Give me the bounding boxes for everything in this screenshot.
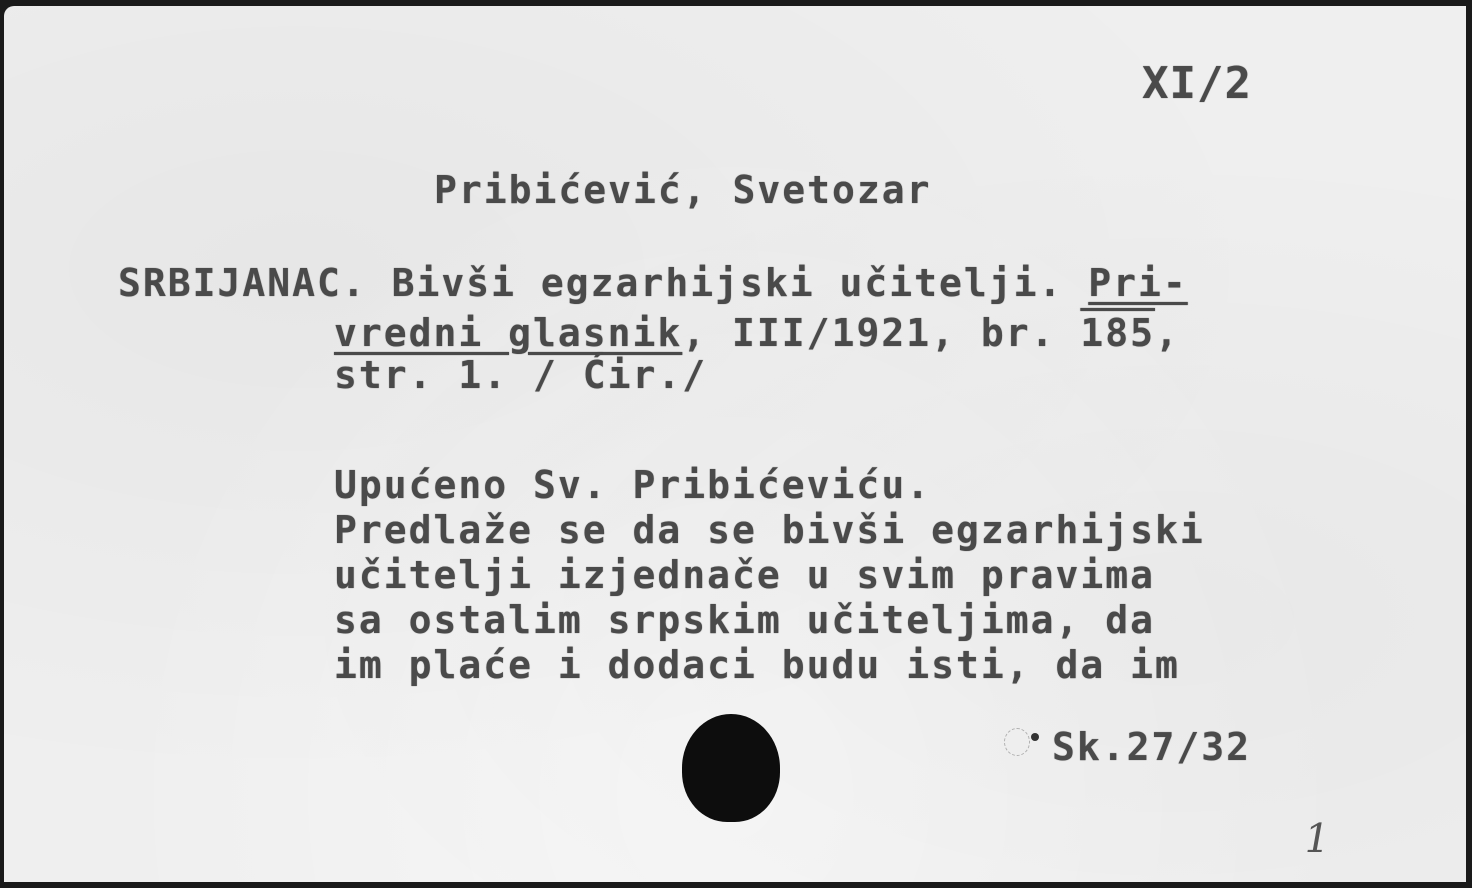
body-line: Predlaže se da se bivši egzarhijski <box>334 511 1205 549</box>
citation-line-2: vredni glasnik, III/1921, br. 185, <box>334 314 1180 352</box>
body-line: im plaće i dodaci budu isti, da im <box>334 646 1180 684</box>
journal-volume: , III/1921, br. <box>682 311 1080 355</box>
ink-smudge <box>1004 728 1030 756</box>
citation-line-3: str. 1. / Ćir./ <box>334 356 707 394</box>
body-line: učitelji izjednače u svim pravima <box>334 556 1155 594</box>
citation-line-1: SRBIJANAC. Bivši egzarhijski učitelji. P… <box>118 264 1188 302</box>
catalog-card: XI/2 Pribićević, Svetozar SRBIJANAC. Biv… <box>4 6 1466 882</box>
box-reference: Sk.27/32 <box>1052 728 1251 766</box>
call-number: XI/2 <box>1142 62 1252 106</box>
citation-title: SRBIJANAC. Bivši egzarhijski učitelji. <box>118 261 1088 305</box>
heading-name: Pribićević, Svetozar <box>434 171 932 209</box>
body-line: Upućeno Sv. Pribićeviću. <box>334 466 931 504</box>
journal-title-part-2: vredni glasnik <box>334 311 682 355</box>
punch-hole <box>682 714 780 822</box>
issue-number: 185 <box>1080 311 1155 355</box>
handwritten-mark: 1 <box>1300 816 1334 862</box>
journal-title-part-1: Pri- <box>1088 261 1188 305</box>
body-line: sa ostalim srpskim učiteljima, da <box>334 601 1155 639</box>
